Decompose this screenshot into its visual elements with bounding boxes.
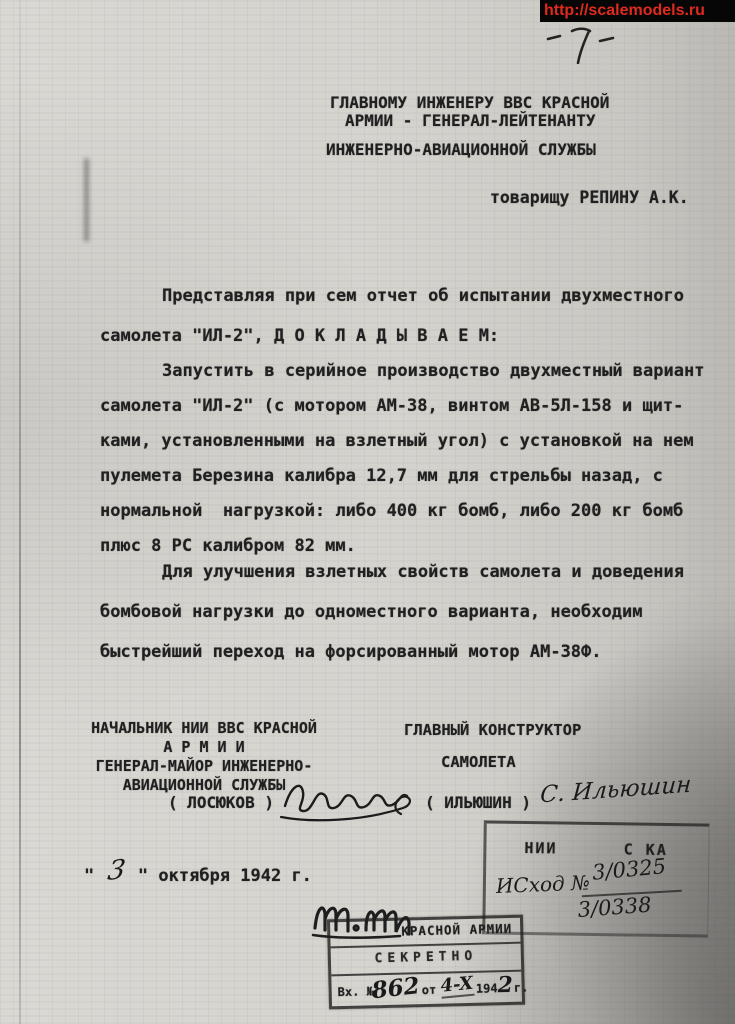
stamp-rx-from: от — [422, 983, 437, 997]
stamp-secret-reg-row: Вх. № 862 от 4-X 194 2 г. — [331, 972, 522, 1009]
header-line-2: АРМИИ - ГЕНЕРАЛ-ЛЕЙТЕНАНТУ — [345, 111, 595, 130]
document-line: пулемета Березина калибра 12,7 мм для ст… — [100, 459, 704, 494]
header-line-3: ИНЖЕНЕРНО-АВИАЦИОННОЙ СЛУЖБЫ — [326, 140, 596, 159]
paper-fold-line — [19, 0, 21, 1024]
paragraph-3: Для улучшения взлетных свойств самолета … — [100, 552, 684, 672]
watermark-banner: http://scalemodels.ru — [540, 0, 735, 22]
document-line: Представляя при сем отчет об испытании д… — [100, 276, 684, 316]
date-open-quote: " — [84, 866, 104, 886]
date-line: " 3 " октября 1942 г. — [84, 852, 312, 886]
ink-smudge — [84, 158, 89, 242]
date-rest: октября 1942 г. — [148, 866, 312, 886]
document-line: ками, установленными на взлетный угол) с… — [100, 424, 704, 459]
stamp-nii-hand-label: ИСход № — [495, 870, 590, 898]
scanned-document-page: http://scalemodels.ru ГЛАВНОМУ ИНЖЕНЕРУ … — [0, 0, 735, 1024]
document-line: бомбовой нагрузки до одноместного вариан… — [100, 592, 684, 632]
signature-left-title-line: НАЧАЛЬНИК НИИ ВВС КРАСНОЙ — [68, 719, 340, 738]
stamp-rx-prefix: Вх. № — [338, 984, 374, 999]
document-line: самолета "ИЛ-2", Д О К Л А Д Ы В А Е М: — [100, 316, 684, 356]
date-close-quote: " — [128, 866, 148, 886]
header-line-1: ГЛАВНОМУ ИНЖЕНЕРУ ВВС КРАСНОЙ — [330, 93, 609, 112]
stamp-rx-date: 4-X — [439, 972, 474, 998]
handwritten-page-number — [545, 22, 615, 64]
stamp-nii-number-top: 3/0325 — [591, 854, 667, 885]
losyukov-signature — [277, 770, 417, 825]
registrar-scribble — [310, 896, 445, 940]
document-line: нормальной нагрузкой: либо 400 кг бомб, … — [100, 494, 704, 529]
addressee-line: товарищу РЕПИНУ А.К. — [490, 188, 689, 207]
signature-right-name: ( ИЛЬЮШИН ) — [425, 793, 531, 812]
document-line: самолета "ИЛ-2" (с мотором АМ-38, винтом… — [100, 389, 704, 424]
stamp-rx-year-suffix: г. — [514, 981, 529, 995]
paragraph-1: Представляя при сем отчет об испытании д… — [100, 276, 684, 356]
document-line: Запустить в серийное производство двухме… — [100, 354, 704, 389]
watermark-url: http://scalemodels.ru — [540, 2, 705, 20]
stamp-rx-year-hand: 2 — [497, 972, 513, 998]
document-line: быстрейший переход на форсированный мото… — [100, 632, 684, 672]
signature-right-title: ГЛАВНЫЙ КОНСТРУКТОР — [404, 721, 581, 739]
signature-right-title-2: САМОЛЕТА — [441, 753, 516, 771]
ilyushin-autograph: С. Ильюшин — [539, 772, 692, 809]
stamp-rx-number: 862 — [370, 972, 421, 1004]
date-day-handwritten: 3 — [106, 854, 127, 887]
signature-left-name: ( ЛОСЮКОВ ) — [168, 793, 274, 812]
document-line: Для улучшения взлетных свойств самолета … — [100, 552, 684, 592]
paragraph-2: Запустить в серийное производство двухме… — [100, 354, 704, 564]
stamp-rx-year: 194 — [476, 981, 498, 996]
signature-left-title-line: А Р М И И — [68, 738, 340, 757]
stamp-nii-number-bottom: 3/0338 — [577, 893, 652, 922]
